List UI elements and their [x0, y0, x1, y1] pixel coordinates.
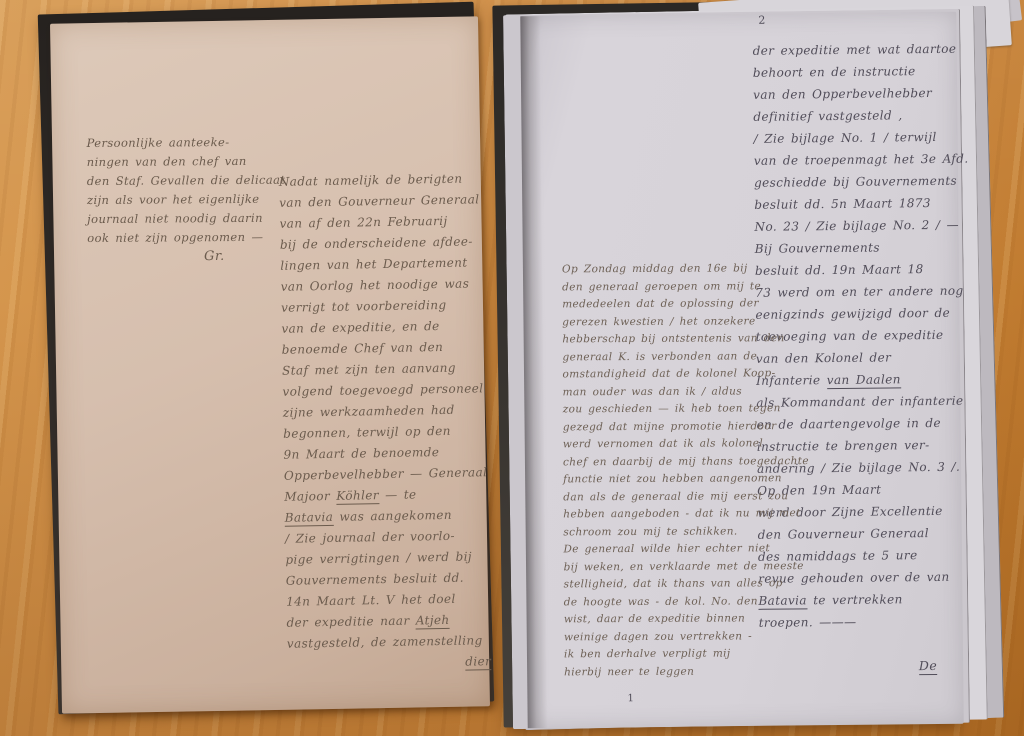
handwritten-line: besluit dd. 5n Maart 1873	[754, 192, 954, 216]
handwritten-line: weinige dagen zou vertrekken -	[564, 628, 764, 647]
handwritten-line: toevoeging van de expeditie	[756, 324, 956, 348]
handwritten-line: functie niet zou hebben aangenomen	[563, 470, 763, 489]
right-manuscript-page: 2 der expeditie met wat daartoebehoort e…	[520, 12, 963, 729]
handwritten-line: dan als de generaal die mij eerst zou	[563, 488, 763, 507]
handwritten-line: journaal niet noodig daarin	[87, 209, 302, 230]
handwritten-line: definitief vastgesteld ,	[753, 104, 953, 128]
photo-of-manuscript: { "scene": { "description": "Two 19th-ce…	[0, 0, 1024, 736]
handwritten-line: van den Opperbevelhebber	[753, 82, 953, 106]
left-page-main-text: Nadat namelijk de berigtenvan den Gouver…	[279, 168, 492, 655]
handwritten-line: hierbij neer te leggen	[564, 663, 764, 682]
handwritten-line: Bij Gouvernements	[755, 236, 955, 260]
handwritten-line: van den Gouverneur Generaal	[279, 189, 484, 214]
handwritten-line: ningen van den chef van	[87, 152, 302, 173]
handwritten-line: zou geschieden — ik heb toen tegen	[563, 400, 763, 419]
handwritten-line: en de daartengevolge in de	[756, 412, 956, 436]
margin-note-signature: Gr.	[204, 249, 225, 264]
handwritten-line: van Oorlog het noodige was	[280, 273, 485, 298]
left-page-catchword: dier	[381, 654, 491, 670]
handwritten-line: Gouvernements besluit dd.	[286, 567, 491, 592]
handwritten-line: Persoonlijke aanteeke-	[87, 133, 302, 154]
right-page-annotation-column: Op Zondag middag den 16e bijden generaal…	[562, 260, 764, 681]
handwritten-line: den Staf. Gevallen die delicaat	[87, 171, 302, 192]
handwritten-line: No. 23 / Zie bijlage No. 2 / —	[754, 214, 954, 238]
handwritten-line: gerezen kwestien / het onzekere	[562, 313, 762, 332]
handwritten-line: wist, daar de expeditie binnen	[564, 610, 764, 629]
handwritten-line: / Zie bijlage No. 1 / terwijl	[753, 126, 953, 150]
handwritten-line: troepen. ———	[759, 610, 959, 634]
catchword-text: dier	[465, 654, 491, 670]
handwritten-line: hebben aangeboden - dat ik nu mij met	[563, 505, 763, 524]
handwritten-line: werd vernomen dat ik als kolonel	[563, 435, 763, 454]
handwritten-line: chef en daarbij de mij thans toegedachte	[563, 453, 763, 472]
handwritten-line: de hoogte was - de kol. No. den	[564, 593, 764, 612]
handwritten-line: man ouder was dan ik / aldus	[563, 383, 763, 402]
handwritten-line: omstandigheid dat de kolonel Koop-	[563, 365, 763, 384]
handwritten-line: geschiedde bij Gouvernements	[754, 170, 954, 194]
handwritten-line: als Kommandant der infanterie	[756, 390, 956, 414]
left-manuscript-page: Persoonlijke aanteeke-ningen van den che…	[50, 16, 490, 713]
handwritten-line: der expeditie met wat daartoe	[753, 38, 953, 62]
handwritten-line: gezegd dat mijne promotie hierdoor	[563, 418, 763, 437]
handwritten-line: schroom zou mij te schikken.	[563, 523, 763, 542]
catchword-text: De	[919, 658, 937, 675]
margin-note: Persoonlijke aanteeke-ningen van den che…	[87, 133, 303, 248]
handwritten-line: ook niet zijn opgenomen —	[87, 228, 302, 249]
handwritten-line: Opperbevelhebber — Generaal	[284, 462, 489, 487]
handwritten-line: Batavia te vertrekken	[758, 588, 958, 612]
handwritten-line: den Gouverneur Generaal	[758, 522, 958, 546]
handwritten-line: Infanterie van Daalen	[756, 368, 956, 392]
handwritten-line: vastgesteld, de zamenstelling	[287, 630, 492, 655]
handwritten-line: zijn als voor het eigenlijke	[87, 190, 302, 211]
handwritten-line: 73 werd om en ter andere nog	[755, 280, 955, 304]
handwritten-line: van de troepenmagt het 3e Afd.	[754, 148, 954, 172]
page-number: 2	[758, 14, 766, 27]
sheet-number: 1	[627, 693, 634, 704]
handwritten-line: Op Zondag middag den 16e bij	[562, 260, 762, 279]
handwritten-line: mededeelen dat de oplossing der	[562, 295, 762, 314]
handwritten-line: De generaal wilde hier echter niet	[563, 540, 763, 559]
handwritten-line: volgend toegevoegd personeel	[282, 378, 487, 403]
handwritten-line: bij weken, en verklaarde met de meeste	[564, 558, 764, 577]
handwritten-line: behoort en de instructie	[753, 60, 953, 84]
handwritten-line: hebberschap bij ontstentenis van den	[562, 330, 762, 349]
handwritten-line: van den Kolonel der	[756, 346, 956, 370]
handwritten-line: eenigzinds gewijzigd door de	[755, 302, 955, 326]
right-page-catchword: De	[827, 658, 937, 674]
handwritten-line: ik ben derhalve verpligt mij	[564, 645, 764, 664]
handwritten-line: stelligheid, dat ik thans van alles op	[564, 575, 764, 594]
handwritten-line: den generaal geroepen om mij te	[562, 278, 762, 297]
handwritten-line: generaal K. is verbonden aan de	[562, 348, 762, 367]
handwritten-line: besluit dd. 19n Maart 18	[755, 258, 955, 282]
